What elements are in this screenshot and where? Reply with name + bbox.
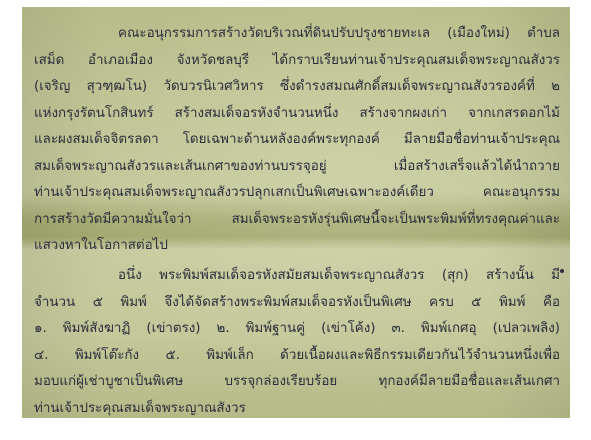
text-line: คณะอนุกรรมการสร้างวัดบริเวณที่ดินปรับปรุ… [34,21,560,48]
text-line: จำนวน ๕ พิมพ์ จึงได้จัดสร้างพระพิมพ์สมเด… [34,290,560,317]
paragraph-2: อนึ่ง พระพิมพ์สมเด็จอรหังสมัยสมเด็จพระญา… [34,263,560,418]
text-line: เสม็ด อำเภอเมือง จังหวัดชลบุรี ได้กราบเร… [34,48,560,75]
text-line: สมเด็จพระญาณสังวรและเส้นเกศาของท่านบรรจุ… [34,154,560,181]
paragraph-1: คณะอนุกรรมการสร้างวัดบริเวณที่ดินปรับปรุ… [34,21,560,260]
text-line: การสร้างวัดมีความมั่นใจว่า สมเด็จพระอรหั… [34,207,560,234]
text-line: ๑. พิมพ์สังฆาฏิ (เข่าตรง) ๒. พิมพ์ฐานคู่… [34,316,560,343]
text-line: ท่านเจ้าประคุณสมเด็จพระญาณสังวรปลุกเสกเป… [34,180,560,207]
document-photo: คณะอนุกรรมการสร้างวัดบริเวณที่ดินปรับปรุ… [22,7,570,418]
text-line: อนึ่ง พระพิมพ์สมเด็จอรหังสมัยสมเด็จพระญา… [34,263,560,290]
text-line: แสวงหาในโอกาสต่อไป [34,233,560,260]
text-line: แห่งกรุงรัตนโกสินทร์ สร้างสมเด็จอรหังจำน… [34,101,560,128]
text-line: ท่านเจ้าประคุณสมเด็จพระญาณสังวร [34,396,560,419]
text-line: (เจริญ สุวฑฺฒโน) วัดบวรนิเวศวิหาร ซึ่งดำ… [34,74,560,101]
text-line: ๔. พิมพ์โต๊ะกัง ๕. พิมพ์เล็ก ด้วยเนื้อผง… [34,343,560,370]
text-line: และผงสมเด็จจิตรลดา โดยเฉพาะด้านหลังองค์พ… [34,127,560,154]
speck-mark [560,269,564,273]
text-line: มอบแก่ผู้เช่าบูชาเป็นพิเศษ บรรจุกล่องเรี… [34,369,560,396]
